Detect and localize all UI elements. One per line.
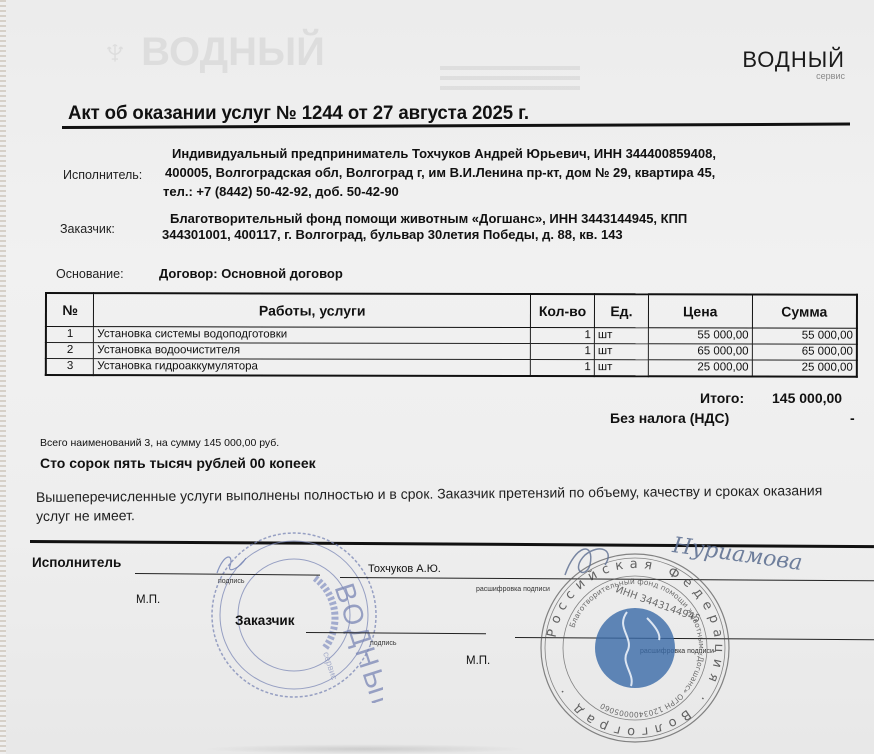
executor-label: Исполнитель: (63, 168, 142, 182)
row-unit: шт (594, 360, 648, 377)
customer-stamp-place: М.П. (466, 655, 490, 667)
svg-text:сервис: сервис (321, 651, 340, 682)
watermark-text (440, 66, 580, 92)
row-sum: 65 000,00 (752, 344, 857, 360)
total-label: Итого: (700, 390, 744, 406)
row-service: Установка системы водоподготовки (94, 327, 531, 344)
customer-label: Заказчик: (60, 222, 115, 236)
row-service: Установка гидроаккумулятора (94, 359, 531, 376)
items-count-summary: Всего наименований 3, на сумму 145 000,0… (40, 437, 279, 449)
executor-name: Тохчуков А.Ю. (368, 563, 441, 575)
total-value: 145 000,00 (772, 390, 842, 406)
executor-line-1: Индивидуальный предприниматель Тохчуков … (172, 144, 716, 163)
row-number: 2 (46, 343, 94, 359)
customer-signature-scribble (555, 535, 635, 585)
col-price: Цена (648, 294, 752, 328)
paper-edge (0, 0, 6, 754)
row-unit: шт (594, 328, 648, 344)
tax-label: Без налога (НДС) (610, 410, 729, 426)
row-unit: шт (594, 344, 648, 360)
row-sum: 25 000,00 (752, 360, 857, 377)
row-qty: 1 (531, 328, 595, 344)
col-qty: Кол-во (531, 294, 595, 328)
table-row: 2 Установка водоочистителя 1 шт 65 000,0… (46, 343, 857, 361)
brand-name: ВОДНЫЙ (709, 48, 845, 72)
col-number: № (46, 293, 94, 327)
completion-statement: Вышеперечисленные услуги выполнены полно… (36, 481, 836, 526)
row-price: 25 000,00 (648, 360, 752, 377)
tax-value: - (850, 410, 855, 426)
col-service: Работы, услуги (94, 293, 531, 327)
executor-signature-caption: подпись (218, 578, 244, 585)
customer-signature-label: Заказчик (235, 613, 294, 628)
table-row: 3 Установка гидроаккумулятора 1 шт 25 00… (46, 359, 857, 377)
row-number: 3 (46, 359, 94, 376)
basis-value: Договор: Основной договор (159, 264, 343, 283)
customer-line-2: 344301001, 400117, г. Волгоград, бульвар… (162, 225, 623, 244)
row-number: 1 (46, 327, 94, 343)
row-service: Установка водоочистителя (94, 343, 531, 360)
executor-signature-scribble (212, 548, 252, 578)
col-unit: Ед. (594, 294, 648, 328)
executor-signature-label: Исполнитель (32, 555, 121, 570)
table-header-row: № Работы, услуги Кол-во Ед. Цена Сумма (46, 293, 857, 328)
brand-subtitle: сервис (709, 71, 845, 81)
document-title: Акт об оказании услуг № 1244 от 27 авгус… (68, 103, 529, 125)
brand-logo: ВОДНЫЙ сервис (709, 48, 845, 81)
row-qty: 1 (530, 360, 594, 377)
row-price: 55 000,00 (648, 328, 752, 344)
basis-label: Основание: (56, 267, 124, 281)
paper-shadow (200, 744, 530, 754)
row-sum: 55 000,00 (752, 328, 857, 344)
row-qty: 1 (530, 344, 594, 360)
executor-line-3: тел.: +7 (8442) 50-42-92, доб. 50-42-90 (163, 182, 399, 201)
services-table: № Работы, услуги Кол-во Ед. Цена Сумма 1… (45, 292, 858, 378)
row-price: 65 000,00 (648, 344, 752, 360)
executor-stamp-place: М.П. (136, 594, 160, 606)
table-row: 1 Установка системы водоподготовки 1 шт … (46, 327, 857, 345)
watermark-logo: ♆ ВОДНЫЙ (100, 30, 340, 100)
col-sum: Сумма (752, 294, 857, 328)
executor-line-2: 400005, Волгоградская обл, Волгоград г, … (165, 163, 715, 182)
customer-signature-caption: подпись (370, 640, 396, 647)
amount-in-words: Сто сорок пять тысяч рублей 00 копеек (40, 455, 316, 471)
